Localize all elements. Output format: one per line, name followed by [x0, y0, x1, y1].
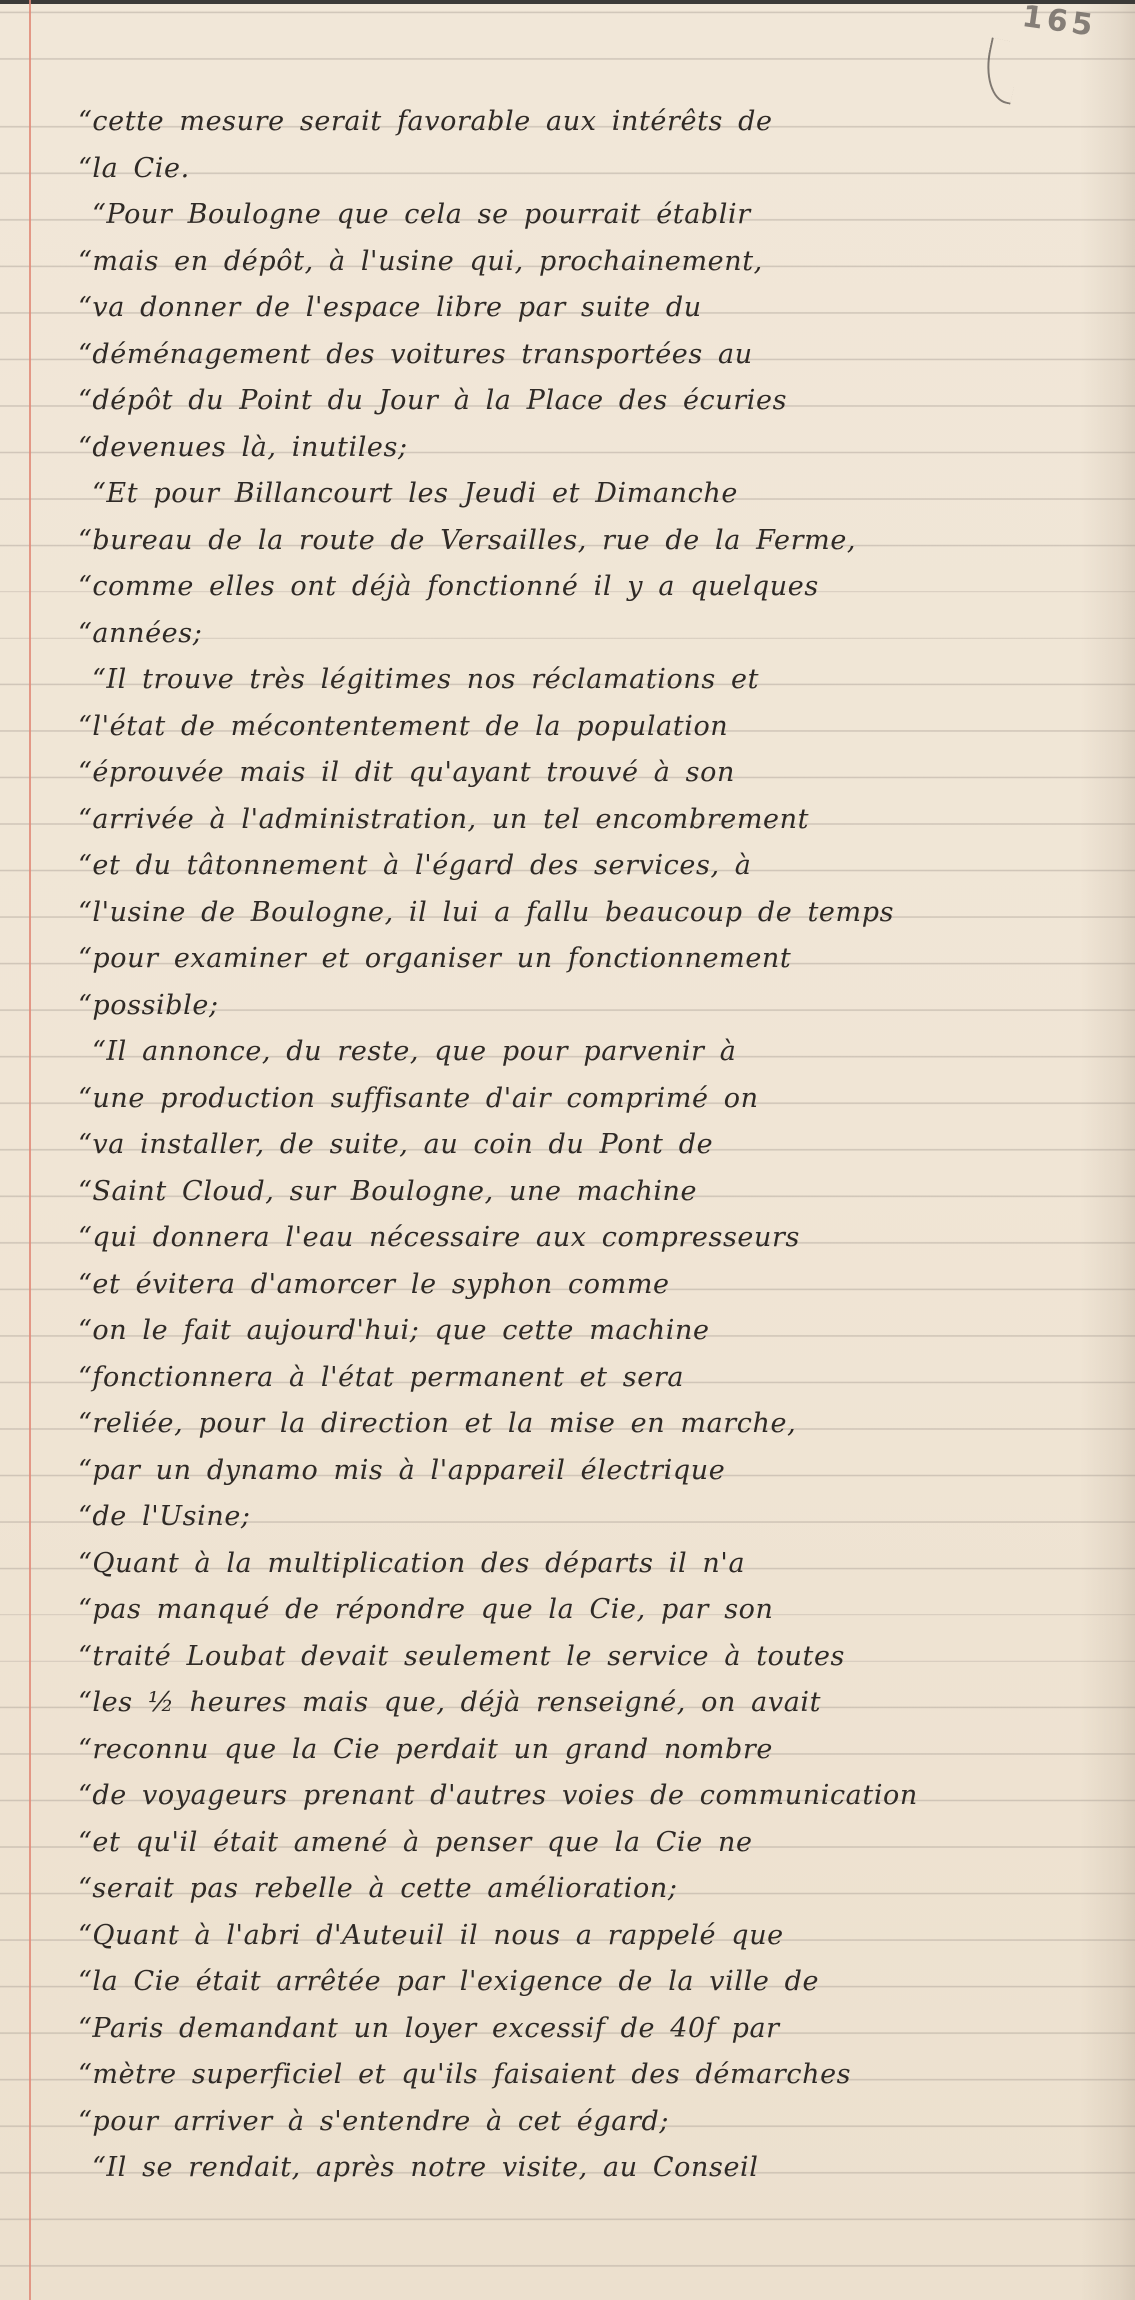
text-line: “pour examiner et organiser un fonctionn…	[78, 936, 1118, 983]
text-line: “l'usine de Boulogne, il lui a fallu bea…	[78, 890, 1118, 937]
text-line: “mais en dépôt, à l'usine qui, prochaine…	[78, 239, 1118, 286]
text-line: “reconnu que la Cie perdait un grand nom…	[78, 1727, 1118, 1774]
text-line: “bureau de la route de Versailles, rue d…	[78, 518, 1118, 565]
text-line: “Il se rendait, après notre visite, au C…	[78, 2145, 1118, 2192]
text-line: “Et pour Billancourt les Jeudi et Dimanc…	[78, 471, 1118, 518]
text-line: “les ½ heures mais que, déjà renseigné, …	[78, 1680, 1118, 1727]
text-line: “reliée, pour la direction et la mise en…	[78, 1401, 1118, 1448]
text-line: “et du tâtonnement à l'égard des service…	[78, 843, 1118, 890]
text-line: “et qu'il était amené à penser que la Ci…	[78, 1820, 1118, 1867]
ledger-page: 165 “cette mesure serait favorable aux i…	[0, 0, 1135, 2300]
text-line: “comme elles ont déjà fonctionné il y a …	[78, 564, 1118, 611]
text-line: “Saint Cloud, sur Boulogne, une machine	[78, 1169, 1118, 1216]
text-line: “éprouvée mais il dit qu'ayant trouvé à …	[78, 750, 1118, 797]
text-line: “qui donnera l'eau nécessaire aux compre…	[78, 1215, 1118, 1262]
text-line: “Il annonce, du reste, que pour parvenir…	[78, 1029, 1118, 1076]
text-line: “traité Loubat devait seulement le servi…	[78, 1634, 1118, 1681]
text-line: “dépôt du Point du Jour à la Place des é…	[78, 378, 1118, 425]
text-line: “par un dynamo mis à l'appareil électriq…	[78, 1448, 1118, 1495]
text-line: “serait pas rebelle à cette amélioration…	[78, 1866, 1118, 1913]
text-line: “Pour Boulogne que cela se pourrait étab…	[78, 192, 1118, 239]
text-line: “Quant à la multiplication des départs i…	[78, 1541, 1118, 1588]
text-line: “cette mesure serait favorable aux intér…	[78, 99, 1118, 146]
text-line: “et évitera d'amorcer le syphon comme	[78, 1262, 1118, 1309]
text-line: “de voyageurs prenant d'autres voies de …	[78, 1773, 1118, 1820]
text-line: “l'état de mécontentement de la populati…	[78, 704, 1118, 751]
text-line: “mètre superficiel et qu'ils faisaient d…	[78, 2052, 1118, 2099]
red-margin-rule	[29, 0, 31, 2300]
text-line: “une production suffisante d'air comprim…	[78, 1076, 1118, 1123]
text-line: “va donner de l'espace libre par suite d…	[78, 285, 1118, 332]
text-line: “possible;	[78, 983, 1118, 1030]
text-line: “Paris demandant un loyer excessif de 40…	[78, 2006, 1118, 2053]
text-line: “pas manqué de répondre que la Cie, par …	[78, 1587, 1118, 1634]
text-line: “arrivée à l'administration, un tel enco…	[78, 797, 1118, 844]
text-line: “fonctionnera à l'état permanent et sera	[78, 1355, 1118, 1402]
text-line: “la Cie.	[78, 146, 1118, 193]
text-line: “déménagement des voitures transportées …	[78, 332, 1118, 379]
text-line: “la Cie était arrêtée par l'exigence de …	[78, 1959, 1118, 2006]
text-line: “pour arriver à s'entendre à cet égard;	[78, 2099, 1118, 2146]
handwritten-text-block: “cette mesure serait favorable aux intér…	[78, 99, 1118, 2192]
text-line: “années;	[78, 611, 1118, 658]
text-line: “devenues là, inutiles;	[78, 425, 1118, 472]
text-line: “Il trouve très légitimes nos réclamatio…	[78, 657, 1118, 704]
text-line: “va installer, de suite, au coin du Pont…	[78, 1122, 1118, 1169]
text-line: “de l'Usine;	[78, 1494, 1118, 1541]
text-line: “Quant à l'abri d'Auteuil il nous a rapp…	[78, 1913, 1118, 1960]
text-line: “on le fait aujourd'hui; que cette machi…	[78, 1308, 1118, 1355]
